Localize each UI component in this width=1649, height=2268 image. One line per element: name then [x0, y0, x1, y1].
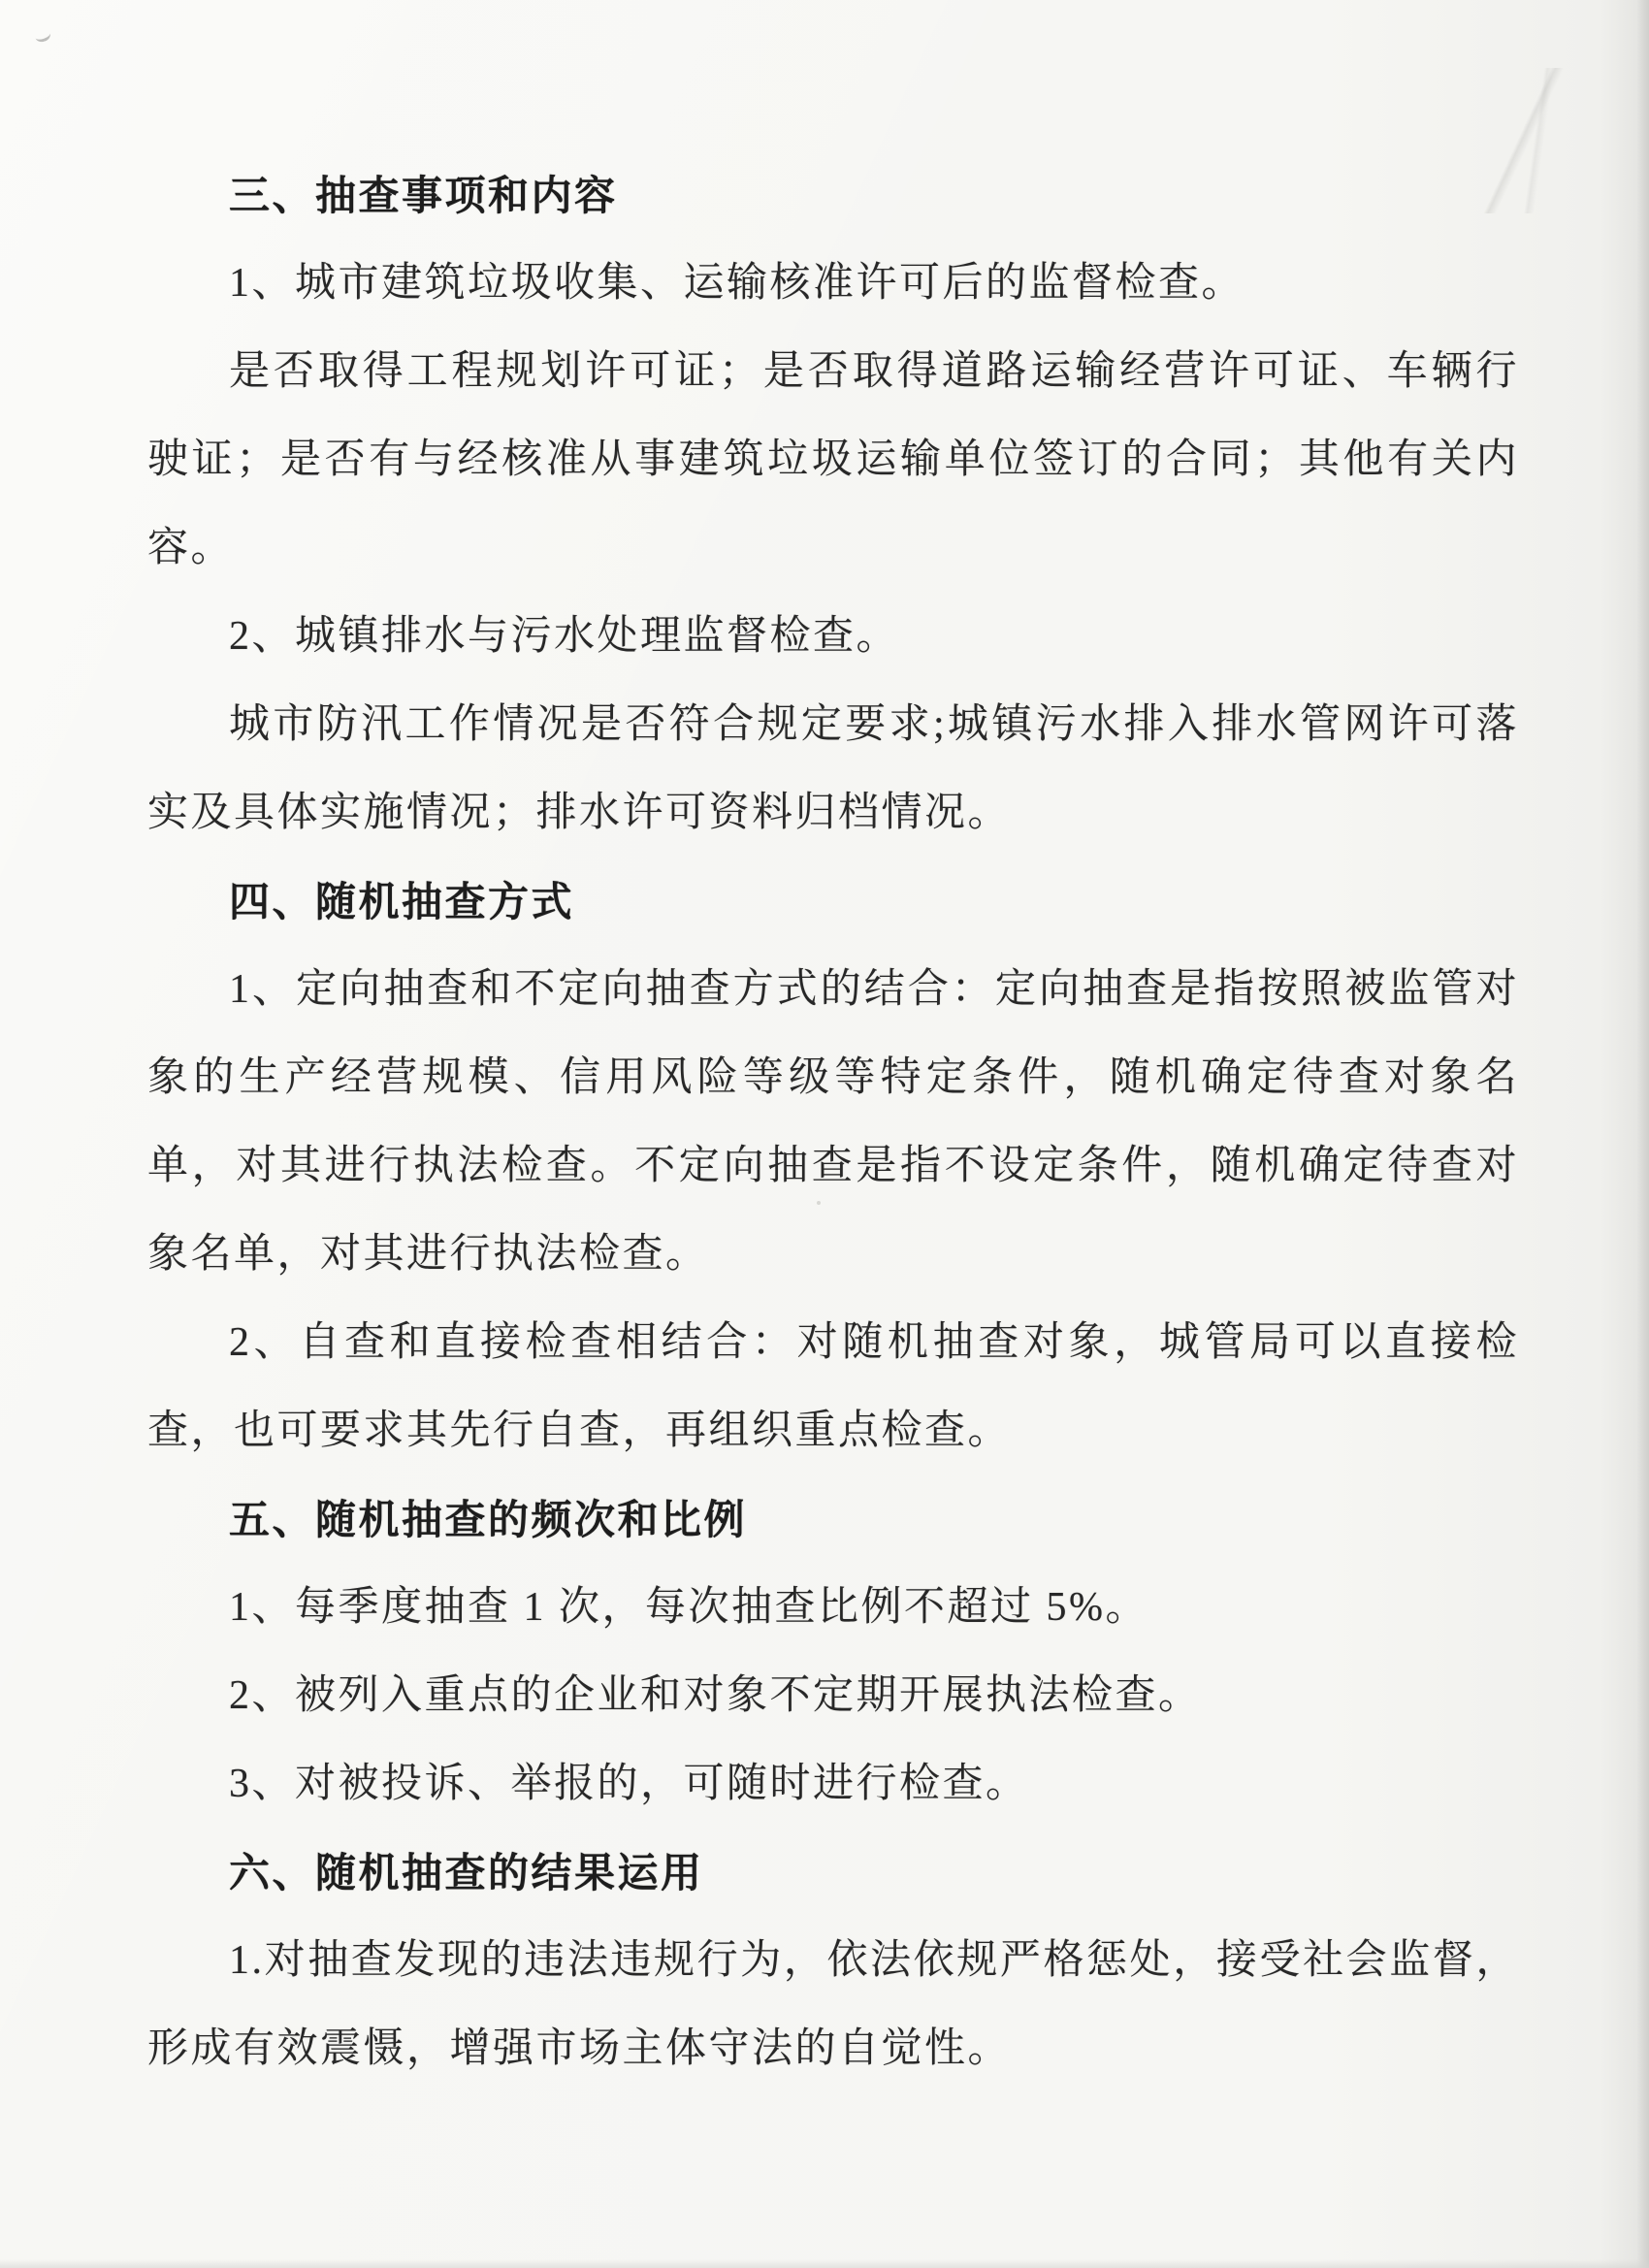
body-paragraph: 1、城市建筑垃圾收集、运输核准许可后的监督检查。 — [147, 240, 1519, 328]
body-paragraph: 1、定向抽查和不定向抽查方式的结合：定向抽查是指按照被监管对象的生产经营规模、信… — [147, 946, 1519, 1299]
scan-speck — [1450, 989, 1453, 992]
body-paragraph: 2、城镇排水与污水处理监督检查。 — [147, 593, 1519, 681]
section-heading: 三、抽查事项和内容 — [147, 151, 1519, 240]
body-paragraph: 3、对被投诉、举报的，可随时进行检查。 — [147, 1740, 1519, 1829]
document-body: 三、抽查事项和内容 1、城市建筑垃圾收集、运输核准许可后的监督检查。 是否取得工… — [147, 151, 1519, 2093]
page-edge-shadow-right — [1636, 0, 1649, 2268]
section-heading: 四、随机抽查方式 — [147, 858, 1519, 946]
body-paragraph: 2、被列入重点的企业和对象不定期开展执法检查。 — [147, 1652, 1519, 1740]
section-heading: 五、随机抽查的频次和比例 — [147, 1475, 1519, 1564]
page-edge-shadow-bottom — [0, 2259, 1649, 2268]
scan-speck — [817, 1201, 821, 1205]
scan-smudge-mark — [33, 27, 51, 44]
body-paragraph: 是否取得工程规划许可证；是否取得道路运输经营许可证、车辆行驶证；是否有与经核准从… — [147, 328, 1519, 593]
body-paragraph: 城市防汛工作情况是否符合规定要求;城镇污水排入排水管网许可落实及具体实施情况；排… — [147, 681, 1519, 858]
scanned-document-page: 三、抽查事项和内容 1、城市建筑垃圾收集、运输核准许可后的监督检查。 是否取得工… — [0, 0, 1649, 2268]
body-paragraph: 1、每季度抽查 1 次，每次抽查比例不超过 5%。 — [147, 1564, 1519, 1652]
body-paragraph: 1.对抽查发现的违法违规行为，依法依规严格惩处，接受社会监督，形成有效震慑，增强… — [147, 1917, 1519, 2093]
section-heading: 六、随机抽查的结果运用 — [147, 1829, 1519, 1917]
body-paragraph: 2、自查和直接检查相结合：对随机抽查对象，城管局可以直接检查，也可要求其先行自查… — [147, 1299, 1519, 1475]
scan-speck — [658, 723, 661, 726]
